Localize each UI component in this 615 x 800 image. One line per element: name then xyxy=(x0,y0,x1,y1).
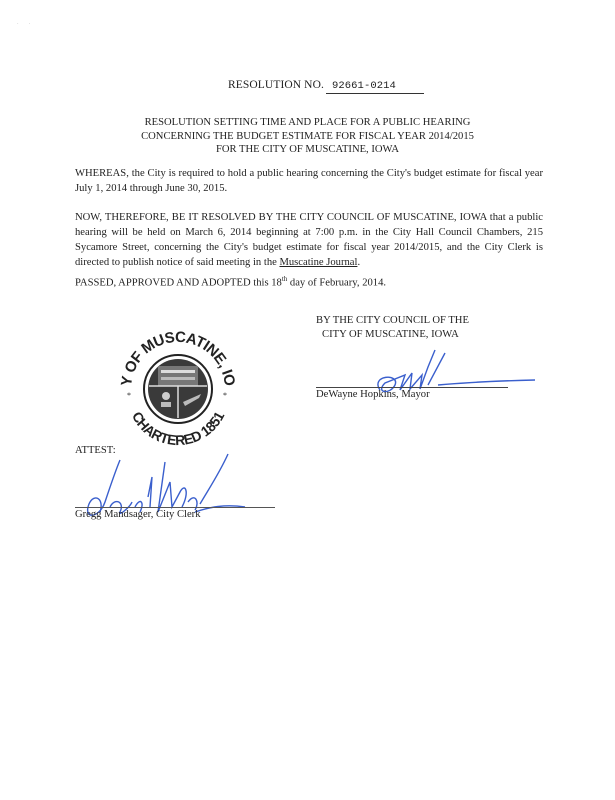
resolved-paragraph: NOW, THEREFORE, BE IT RESOLVED BY THE CI… xyxy=(75,210,543,270)
passed-text: PASSED, APPROVED AND ADOPTED this 18 xyxy=(75,278,282,289)
mayor-name: DeWayne Hopkins, Mayor xyxy=(316,389,430,400)
council-line-1: BY THE CITY COUNCIL OF THE xyxy=(316,314,469,328)
council-block: BY THE CITY COUNCIL OF THE CITY OF MUSCA… xyxy=(316,314,469,341)
whereas-paragraph: WHEREAS, the City is required to hold a … xyxy=(75,166,543,196)
resolved-end: . xyxy=(357,257,360,268)
svg-text:*: * xyxy=(127,391,131,400)
clerk-name: Gregg Mandsager, City Clerk xyxy=(75,509,201,520)
passed-paragraph: PASSED, APPROVED AND ADOPTED this 18th d… xyxy=(75,272,543,291)
title-line: FOR THE CITY OF MUSCATINE, IOWA xyxy=(0,143,615,157)
resolution-number-line: RESOLUTION NO.92661-0214 xyxy=(228,79,424,94)
title-line: CONCERNING THE BUDGET ESTIMATE FOR FISCA… xyxy=(0,130,615,144)
document-title: RESOLUTION SETTING TIME AND PLACE FOR A … xyxy=(0,116,615,157)
title-line: RESOLUTION SETTING TIME AND PLACE FOR A … xyxy=(0,116,615,130)
city-seal-icon: CITY OF MUSCATINE, IOWA CHARTERED 1851 *… xyxy=(113,324,243,454)
clerk-signature-line xyxy=(75,507,275,508)
resolution-label: RESOLUTION NO. xyxy=(228,79,324,91)
passed-date: day of February, 2014. xyxy=(287,278,386,289)
newspaper-name: Muscatine Journal xyxy=(279,257,357,268)
resolution-number: 92661-0214 xyxy=(326,80,424,94)
mayor-signature-line xyxy=(316,387,508,388)
svg-text:*: * xyxy=(223,391,227,400)
scan-specks: · · xyxy=(17,22,30,27)
council-line-2: CITY OF MUSCATINE, IOWA xyxy=(316,328,469,342)
